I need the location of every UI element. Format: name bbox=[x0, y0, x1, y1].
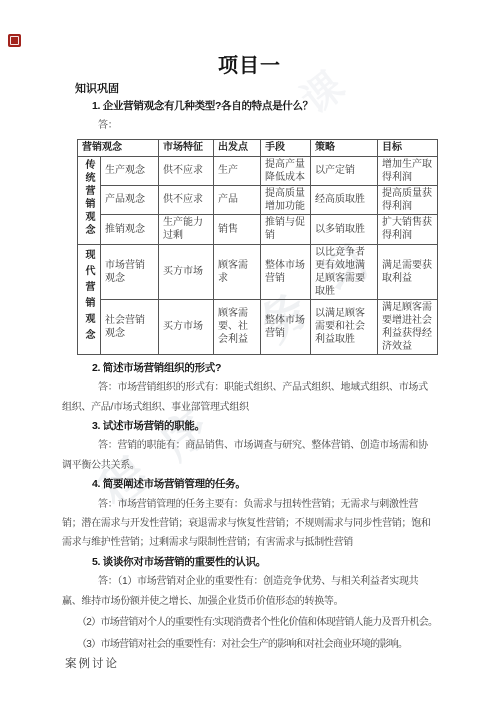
table-cell: 提高质量增加功能 bbox=[261, 185, 311, 214]
table-cell: 整体市场营销 bbox=[261, 299, 311, 354]
table-row: 产品观念 供不应求 产品 提高质量增加功能 经高质取胜 提高质量获得利润 bbox=[78, 185, 438, 214]
table-cell: 推销观念 bbox=[101, 214, 159, 244]
group-label-traditional: 传统营销观念 bbox=[78, 156, 101, 244]
table-cell: 以满足顾客需要和社会利益取胜 bbox=[311, 299, 378, 354]
question-2: 2. 简述市场营销组织的形式? bbox=[92, 359, 437, 378]
question-4: 4. 简要阐述市场营销管理的任务。 bbox=[92, 475, 437, 494]
table-row: 社会营销观念 买方市场 顾客需要、社会利益 整体市场营销 以满足顾客需要和社会利… bbox=[78, 299, 438, 354]
table-row: 现代营销观念 市场营销观念 买方市场 顾客需求 整体市场营销 以比竞争者更有效地… bbox=[78, 244, 438, 299]
header-cell: 市场特征 bbox=[159, 139, 214, 156]
answer-3: 答：营销的职能有：商品销售、市场调查与研究、整体营销、创造市场需和协调平衡公共关… bbox=[62, 436, 437, 475]
header-cell: 出发点 bbox=[214, 139, 261, 156]
table-cell: 整体市场营销 bbox=[261, 244, 311, 299]
doc-glyph-icon bbox=[10, 36, 19, 45]
table-cell: 供不应求 bbox=[159, 156, 214, 185]
header-cell: 营销观念 bbox=[78, 139, 159, 156]
header-cell: 策略 bbox=[311, 139, 378, 156]
table-cell: 买方市场 bbox=[159, 299, 214, 354]
table-cell: 顾客需求 bbox=[214, 244, 261, 299]
group-label-modern: 现代营销观念 bbox=[78, 244, 101, 354]
table-row: 推销观念 生产能力过剩 销售 推销与促销 以多销取胜 扩大销售获得利润 bbox=[78, 214, 438, 244]
table-cell: 满足顾客需要增进社会利益获得经济效益 bbox=[378, 299, 438, 354]
app-badge-icon[interactable] bbox=[8, 34, 21, 47]
answer-4: 答：市场营销管理的任务主要有：负需求与扭转性营销；无需求与刺激性营销；潜在需求与… bbox=[62, 495, 437, 553]
table-cell: 以多销取胜 bbox=[311, 214, 378, 244]
table-cell: 生产观念 bbox=[101, 156, 159, 185]
table-cell: 提高质量获得利润 bbox=[378, 185, 438, 214]
table-cell: 产品 bbox=[214, 185, 261, 214]
answer-label: 答： bbox=[62, 116, 437, 135]
table-cell: 供不应求 bbox=[159, 185, 214, 214]
table-cell: 买方市场 bbox=[159, 244, 214, 299]
answer-5-part-2: （2）市场营销对个人的重要性有:实现消费者个性化价值和体现营销人能力及晋升机会。 bbox=[62, 613, 437, 632]
page-title: 项目一 bbox=[62, 54, 437, 78]
table-cell: 扩大销售获得利润 bbox=[378, 214, 438, 244]
table-cell: 销售 bbox=[214, 214, 261, 244]
table-cell: 以比竞争者更有效地满足顾客需要取胜 bbox=[311, 244, 378, 299]
question-1: 1. 企业营销观念有几种类型?各自的特点是什么？ bbox=[92, 97, 437, 116]
table-cell: 市场营销观念 bbox=[101, 244, 159, 299]
document-page: 项目一 知识巩固 1. 企业营销观念有几种类型?各自的特点是什么？ 答： 营销观… bbox=[62, 54, 437, 671]
answer-2: 答：市场营销组织的形式有：职能式组织、产品式组织、地域式组织、市场式组织、产品/… bbox=[62, 378, 437, 417]
table-cell: 顾客需要、社会利益 bbox=[214, 299, 261, 354]
table-cell: 经高质取胜 bbox=[311, 185, 378, 214]
section-heading: 知识巩固 bbox=[75, 82, 437, 97]
table-cell: 满足需要获取利益 bbox=[378, 244, 438, 299]
marketing-concepts-table: 营销观念 市场特征 出发点 手段 策略 目标 传统营销观念 生产观念 供不应求 … bbox=[77, 139, 438, 355]
case-discussion-heading: 案例讨论 bbox=[65, 655, 437, 671]
table-cell: 产品观念 bbox=[101, 185, 159, 214]
table-header-row: 营销观念 市场特征 出发点 手段 策略 目标 bbox=[78, 139, 438, 156]
question-5: 5. 谈谈你对市场营销的重要性的认识。 bbox=[92, 553, 437, 572]
table-cell: 以产定销 bbox=[311, 156, 378, 185]
answer-5-part-1: 答：（1）市场营销对企业的重要性有：创造竞争优势、与相关利益者实现共赢、维持市场… bbox=[62, 572, 437, 611]
question-3: 3. 试述市场营销的职能。 bbox=[92, 417, 437, 436]
answer-5-part-3: （3）市场营销对社会的重要性有：对社会生产的影响和对社会商业环境的影响。 bbox=[62, 635, 437, 654]
table-cell: 推销与促销 bbox=[261, 214, 311, 244]
table-cell: 生产 bbox=[214, 156, 261, 185]
header-cell: 手段 bbox=[261, 139, 311, 156]
table-cell: 提高产量降低成本 bbox=[261, 156, 311, 185]
table-cell: 增加生产取得利润 bbox=[378, 156, 438, 185]
table-cell: 社会营销观念 bbox=[101, 299, 159, 354]
table-cell: 生产能力过剩 bbox=[159, 214, 214, 244]
table-row: 传统营销观念 生产观念 供不应求 生产 提高产量降低成本 以产定销 增加生产取得… bbox=[78, 156, 438, 185]
header-cell: 目标 bbox=[378, 139, 438, 156]
